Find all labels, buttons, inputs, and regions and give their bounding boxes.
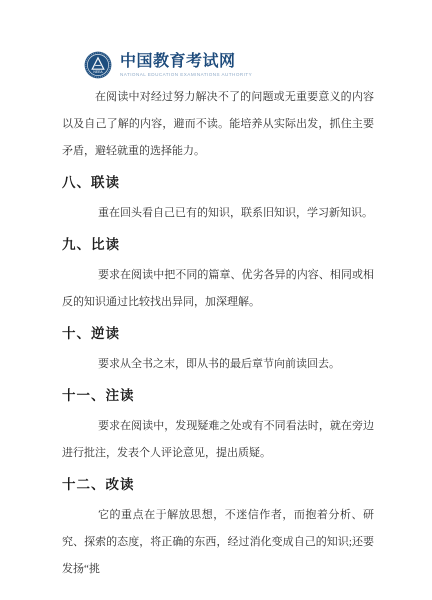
section-zhu-du: 十一、注读 要求在阅读中，发现疑难之处或有不同看法时，就在旁边进行批注，发表个人…: [62, 382, 374, 467]
neea-emblem-text: NEEA: [93, 70, 103, 74]
document-body: 在阅读中对经过努力解决不了的问题或无重要意义的内容以及自己了解的内容，避而不读。…: [62, 84, 374, 583]
section-paragraph: 要求从全书之末，即从书的最后章节向前读回去。: [62, 351, 374, 378]
section-bi-du: 九、比读 要求在阅读中把不同的篇章、优劣各异的内容、相同或相反的知识通过比较找出…: [62, 231, 374, 316]
section-ni-du: 十、逆读 要求从全书之末，即从书的最后章节向前读回去。: [62, 320, 374, 378]
section-heading: 十一、注读: [62, 382, 374, 409]
section-paragraph: 要求在阅读中，发现疑难之处或有不同看法时，就在旁边进行批注，发表个人评论意见，提…: [62, 413, 374, 467]
section-paragraph: 要求在阅读中把不同的篇章、优劣各异的内容、相同或相反的知识通过比较找出异同，加深…: [62, 262, 374, 316]
section-heading: 八、联读: [62, 169, 374, 196]
section-gai-du: 十二、改读 它的重点在于解放思想，不迷信作者，而抱着分析、研究、探索的态度，将正…: [62, 471, 374, 583]
section-heading: 九、比读: [62, 231, 374, 258]
section-heading: 十、逆读: [62, 320, 374, 347]
section-heading: 十二、改读: [62, 471, 374, 498]
section-paragraph: 重在回头看自己已有的知识，联系旧知识，学习新知识。: [62, 200, 374, 227]
intro-paragraph: 在阅读中对经过努力解决不了的问题或无重要意义的内容以及自己了解的内容，避而不读。…: [62, 84, 374, 165]
section-lian-du: 八、联读 重在回头看自己已有的知识，联系旧知识，学习新知识。: [62, 169, 374, 227]
neea-emblem-icon: NEEA: [84, 51, 112, 79]
brand-block: 中国教育考试网 NATIONAL EDUCATION EXAMINATIONS …: [120, 53, 252, 78]
brand-subtitle: NATIONAL EDUCATION EXAMINATIONS AUTHORIT…: [120, 72, 252, 78]
document-page: NEEA 中国教育考试网 NATIONAL EDUCATION EXAMINAT…: [0, 0, 432, 600]
section-paragraph: 它的重点在于解放思想，不迷信作者，而抱着分析、研究、探索的态度，将正确的东西，经…: [62, 502, 374, 583]
brand-title: 中国教育考试网: [120, 53, 252, 71]
neea-logo: NEEA 中国教育考试网 NATIONAL EDUCATION EXAMINAT…: [84, 50, 374, 80]
